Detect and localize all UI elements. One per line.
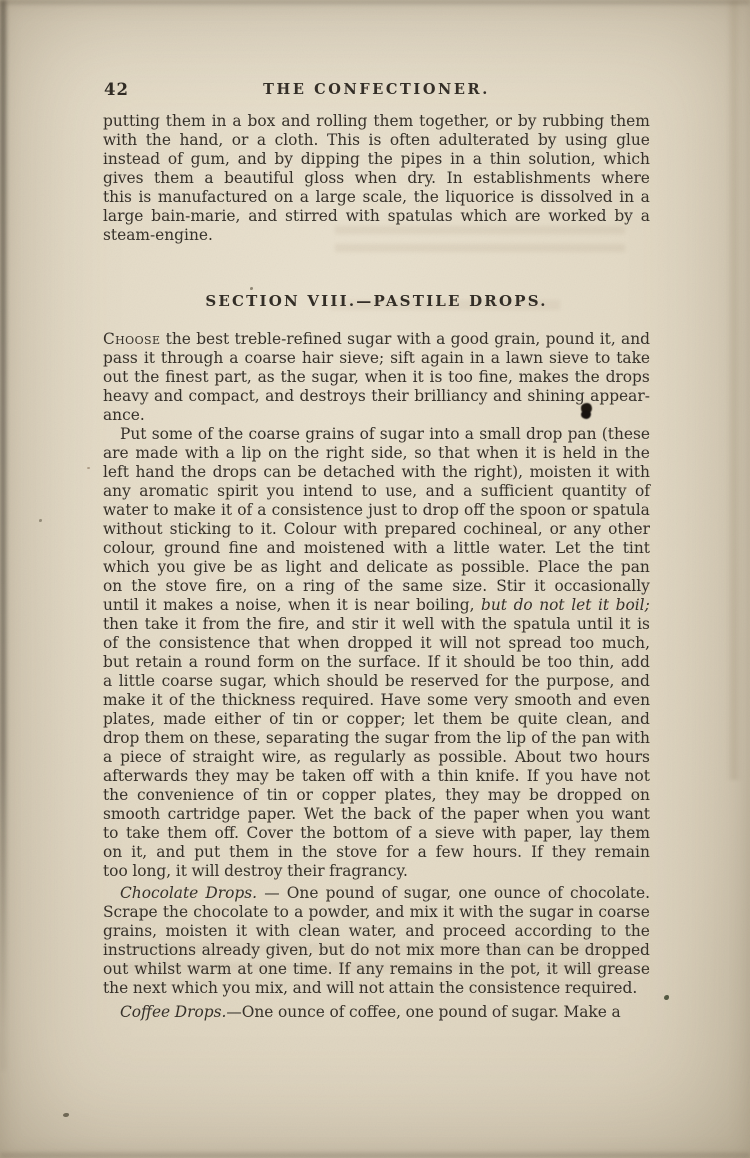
text-line: Putsomeofthecoarsegrainsofsugarintoasmal… (103, 425, 650, 444)
scan-edge-shadow (0, 1153, 750, 1158)
text-line: withoutstickingtoit.Colourwithpreparedco… (103, 520, 650, 539)
text-line: passitthroughacoarsehairsieve;siftagaini… (103, 349, 650, 368)
text-line: Choosethebesttreble-refinedsugarwithagoo… (103, 330, 650, 349)
text-line: largebain-marie,andstirredwithspatulaswh… (103, 207, 650, 226)
text-line: thentakeitfromthefire,andstiritwellwitht… (103, 615, 650, 634)
scan-edge-shadow (0, 0, 750, 4)
text-line: withthehand,oracloth.Thisisoftenadultera… (103, 131, 650, 150)
text-line: puttingtheminaboxandrollingthemtogether,… (103, 112, 650, 131)
paper-speck (39, 519, 42, 522)
text-line: plates,madeeitheroftinorcopper;letthembe… (103, 710, 650, 729)
running-title: THE CONFECTIONER. (103, 81, 650, 98)
text-line: ChocolateDrops.—Onepoundofsugar,oneounce… (103, 884, 650, 903)
text-line: thenextwhichyoumix,andwillnotattaintheco… (103, 979, 650, 998)
text-line: heavyandcompact,anddestroystheirbrillian… (103, 387, 650, 406)
paper-crease (726, 0, 742, 780)
text-line: thisismanufacturedonalargescale,theliquo… (103, 188, 650, 207)
text-line: whichyougivebeaslightanddelicateaspossib… (103, 558, 650, 577)
text-line: Scrapethechocolatetoapowder,andmixitwith… (103, 903, 650, 922)
text-line: apieceofstraightwire,asregularlyaspossib… (103, 748, 650, 767)
text-line: smoothcartridgepaper.Wetthebackofthepape… (103, 805, 650, 824)
paper-speck (664, 995, 669, 1000)
text-column: 42 THE CONFECTIONER. puttingtheminaboxan… (103, 0, 650, 1022)
text-line: toolong,itwilldestroytheirfragrancy. (103, 862, 650, 881)
text-line: ance. (103, 406, 650, 425)
text-line: outwhilstwarmatonetime.Ifanyremainsinthe… (103, 960, 650, 979)
text-line: dropthemonthese,separatingthesugarfromth… (103, 729, 650, 748)
text-line: untilitmakesanoise,whenitisnearboiling,b… (103, 596, 650, 615)
text-line: givesthemabeautifulglosswhendry.Inestabl… (103, 169, 650, 188)
text-line: aremadewithalipontherightside,sothatwhen… (103, 444, 650, 463)
text-line: outthefinestpart,asthesugar,whenitistoof… (103, 368, 650, 387)
text-line: insteadofgum,andbydippingthepipesinathin… (103, 150, 650, 169)
text-line: onit,andputtheminthestoveforafewhours.If… (103, 843, 650, 862)
paragraph: CoffeeDrops.—Oneounceofcoffee,onepoundof… (103, 1003, 650, 1022)
text-line: oftheconsistencethatwhendroppeditwillnot… (103, 634, 650, 653)
text-line: totakethemoff.Coverthebottomofasievewith… (103, 824, 650, 843)
page-header: 42 THE CONFECTIONER. (103, 81, 650, 100)
paper-speck (87, 467, 90, 469)
paper-speck (63, 1113, 69, 1117)
text-line: colour,groundfineandmoistenedwithalittle… (103, 539, 650, 558)
scanned-book-page: 42 THE CONFECTIONER. puttingtheminaboxan… (0, 0, 750, 1158)
ink-blot-stain (581, 403, 592, 414)
scan-edge-shadow (0, 0, 6, 1070)
text-line: alittlecoarsesugar,whichshouldbereserved… (103, 672, 650, 691)
text-line: afterwardstheymaybetakenoffwithathinknif… (103, 767, 650, 786)
paragraph: ChocolateDrops.—Onepoundofsugar,oneounce… (103, 884, 650, 998)
text-line: lefthandthedropscanbedetachedwiththerigh… (103, 463, 650, 482)
text-line: butretainaroundformonthesurface.Ifitshou… (103, 653, 650, 672)
text-line: watertomakeitofaconsistencejusttodropoff… (103, 501, 650, 520)
text-line: instructionsalreadygiven,butdonotmixmore… (103, 941, 650, 960)
paragraph: puttingtheminaboxandrollingthemtogether,… (103, 112, 650, 245)
text-line: anyaromaticspirityouintendtouse,andasuff… (103, 482, 650, 501)
text-flow: puttingtheminaboxandrollingthemtogether,… (103, 112, 650, 1022)
text-line: grains,moistenitwithcleanwater,andprocee… (103, 922, 650, 941)
text-line: CoffeeDrops.—Oneounceofcoffee,onepoundof… (103, 1003, 650, 1022)
text-line: steam-engine. (103, 226, 650, 245)
text-line: theconvenienceoftinorcopperplates,theyma… (103, 786, 650, 805)
text-line: makeitofthethicknessrequired.Havesomever… (103, 691, 650, 710)
page-number: 42 (104, 80, 129, 99)
paragraph: Choosethebesttreble-refinedsugarwithagoo… (103, 330, 650, 425)
text-line: onthestovefire,onaringofthesamesize.Stir… (103, 577, 650, 596)
section-heading: SECTION VIII.—PASTILE DROPS. (103, 292, 650, 311)
paragraph: Putsomeofthecoarsegrainsofsugarintoasmal… (103, 425, 650, 881)
